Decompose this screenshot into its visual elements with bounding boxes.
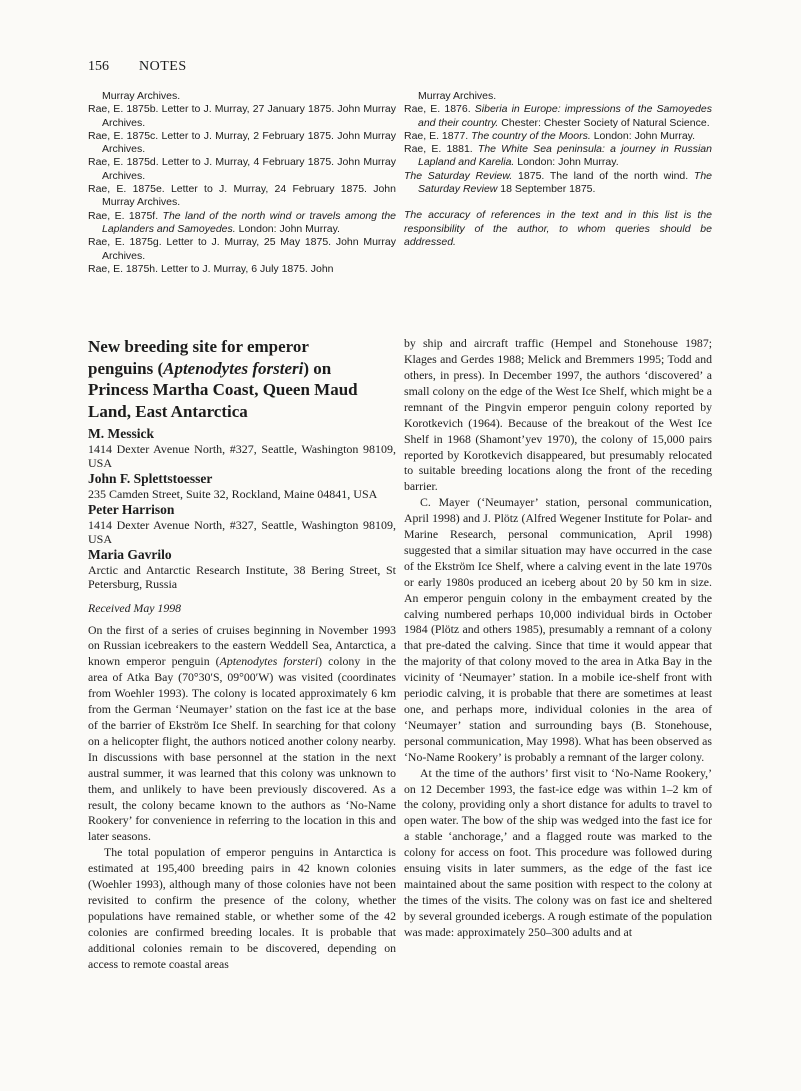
article-column-right: by ship and aircraft traffic (Hempel and… xyxy=(404,336,712,972)
author-name: Peter Harrison xyxy=(88,501,396,518)
article-title: New breeding site for emperor penguins (… xyxy=(88,336,396,422)
reference-item: Murray Archives. xyxy=(88,90,396,103)
author-block: John F. Splettstoesser 235 Camden Street… xyxy=(88,470,396,501)
author-name: John F. Splettstoesser xyxy=(88,470,396,487)
author-affiliation: 235 Camden Street, Suite 32, Rockland, M… xyxy=(88,487,396,501)
section-header: NOTES xyxy=(139,59,187,74)
author-affiliation: 1414 Dexter Avenue North, #327, Seattle,… xyxy=(88,518,396,546)
references-column-right: Murray Archives. Rae, E. 1876. Siberia i… xyxy=(404,90,712,276)
reference-item: Rae, E. 1881. The White Sea peninsula: a… xyxy=(404,143,712,170)
reference-item: The Saturday Review. 1875. The land of t… xyxy=(404,170,712,197)
author-block: Peter Harrison 1414 Dexter Avenue North,… xyxy=(88,501,396,546)
author-affiliation: 1414 Dexter Avenue North, #327, Seattle,… xyxy=(88,442,396,470)
author-block: Maria Gavrilo Arctic and Antarctic Resea… xyxy=(88,546,396,591)
reference-item: Rae, E. 1875c. Letter to J. Murray, 2 Fe… xyxy=(88,130,396,157)
reference-item: Rae, E. 1875b. Letter to J. Murray, 27 J… xyxy=(88,103,396,130)
body-paragraph: At the time of the authors’ first visit … xyxy=(404,766,712,941)
references-column-left: Murray Archives. Rae, E. 1875b. Letter t… xyxy=(88,90,396,276)
reference-item: Murray Archives. xyxy=(404,90,712,103)
author-name: M. Messick xyxy=(88,425,396,442)
references-disclaimer: The accuracy of references in the text a… xyxy=(404,209,712,249)
reference-item: Rae, E. 1876. Siberia in Europe: impress… xyxy=(404,103,712,130)
author-block: M. Messick 1414 Dexter Avenue North, #32… xyxy=(88,425,396,470)
article-title-line: New breeding site for emperor xyxy=(88,336,396,358)
body-paragraph: On the first of a series of cruises begi… xyxy=(88,623,396,846)
reference-item: Rae, E. 1875e. Letter to J. Murray, 24 F… xyxy=(88,183,396,210)
reference-item: Rae, E. 1875f. The land of the north win… xyxy=(88,210,396,237)
article-title-line: Land, East Antarctica xyxy=(88,401,396,423)
article-column-left: New breeding site for emperor penguins (… xyxy=(88,336,396,972)
journal-page: 156NOTES Murray Archives. Rae, E. 1875b.… xyxy=(0,0,801,1091)
running-head: 156NOTES xyxy=(88,59,712,74)
body-paragraph: The total population of emperor penguins… xyxy=(88,845,396,972)
author-affiliation: Arctic and Antarctic Research Institute,… xyxy=(88,563,396,591)
article-section: New breeding site for emperor penguins (… xyxy=(88,336,712,972)
reference-item: Rae, E. 1875h. Letter to J. Murray, 6 Ju… xyxy=(88,263,396,276)
page-number: 156 xyxy=(88,59,109,74)
article-title-line: Princess Martha Coast, Queen Maud xyxy=(88,379,396,401)
references-section: Murray Archives. Rae, E. 1875b. Letter t… xyxy=(88,90,712,276)
received-date-note: Received May 1998 xyxy=(88,600,396,616)
reference-item: Rae, E. 1875d. Letter to J. Murray, 4 Fe… xyxy=(88,156,396,183)
reference-item: Rae, E. 1875g. Letter to J. Murray, 25 M… xyxy=(88,236,396,263)
article-title-line: penguins (Aptenodytes forsteri) on xyxy=(88,358,396,380)
reference-item: Rae, E. 1877. The country of the Moors. … xyxy=(404,130,712,143)
body-paragraph: C. Mayer (‘Neumayer’ station, personal c… xyxy=(404,495,712,765)
author-name: Maria Gavrilo xyxy=(88,546,396,563)
body-paragraph: by ship and aircraft traffic (Hempel and… xyxy=(404,336,712,495)
